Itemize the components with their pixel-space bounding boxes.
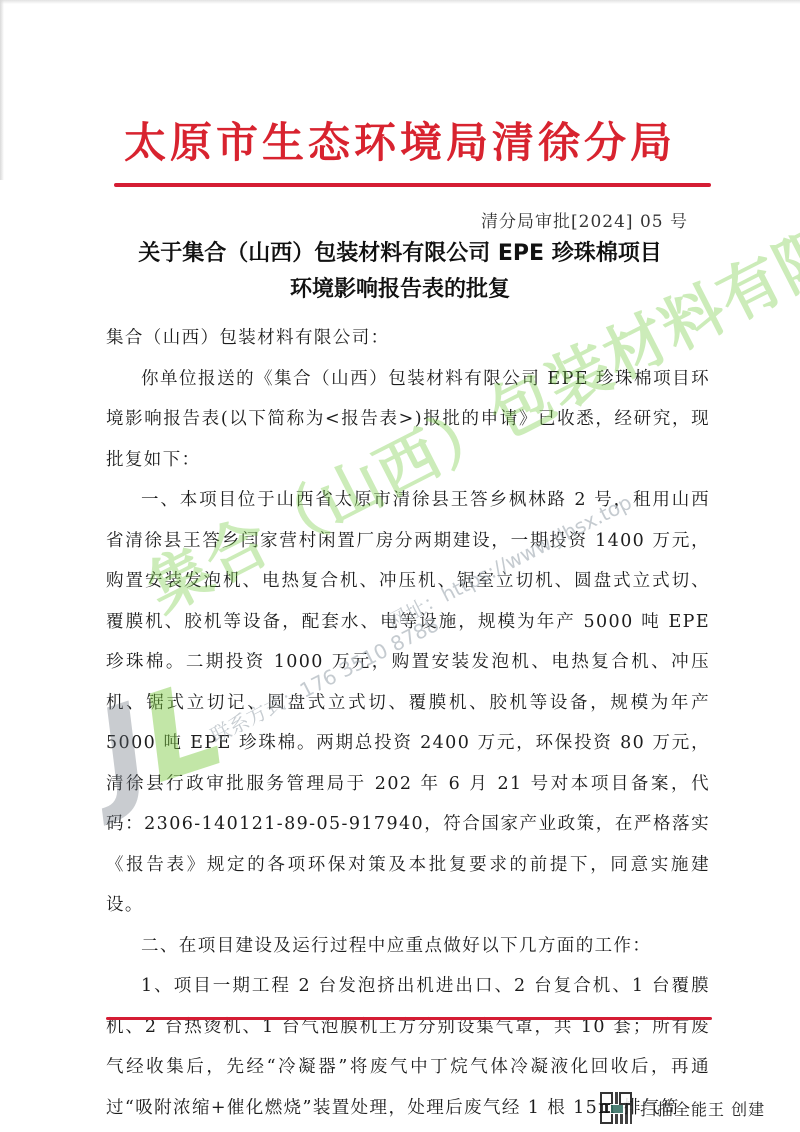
agency-letterhead: 太原市生态环境局清徐分局 xyxy=(0,116,800,170)
document-body: 集合（山西）包装材料有限公司： 你单位报送的《集合（山西）包装材料有限公司 EP… xyxy=(106,318,710,1128)
page-edge xyxy=(0,0,800,4)
scanner-app-label: 扫描全能王 创建 xyxy=(640,1097,765,1120)
document-title-line-2: 环境影响报告表的批复 xyxy=(90,272,710,308)
document-number: 清分局审批[2024] 05 号 xyxy=(481,207,688,232)
letterhead-red-rule xyxy=(114,183,711,187)
addressee: 集合（山西）包装材料有限公司： xyxy=(106,318,710,359)
qr-code-icon xyxy=(600,1092,632,1124)
paragraph-intro: 你单位报送的《集合（山西）包装材料有限公司 EPE 珍珠棉项目环境影响报告表(以… xyxy=(106,359,710,481)
paragraph-section-1: 一、本项目位于山西省太原市清徐县王答乡枫林路 2 号，租用山西省清徐县王答乡闫家… xyxy=(106,480,710,926)
document-title-line-1: 关于集合（山西）包装材料有限公司 EPE 珍珠棉项目 xyxy=(90,236,710,272)
document-title: 关于集合（山西）包装材料有限公司 EPE 珍珠棉项目 环境影响报告表的批复 xyxy=(90,236,710,308)
red-underline-annotation xyxy=(106,1017,712,1020)
scanner-badge: 扫描全能王 创建 xyxy=(600,1092,765,1124)
paragraph-section-2: 二、在项目建设及运行过程中应重点做好以下几方面的工作： xyxy=(106,926,710,967)
